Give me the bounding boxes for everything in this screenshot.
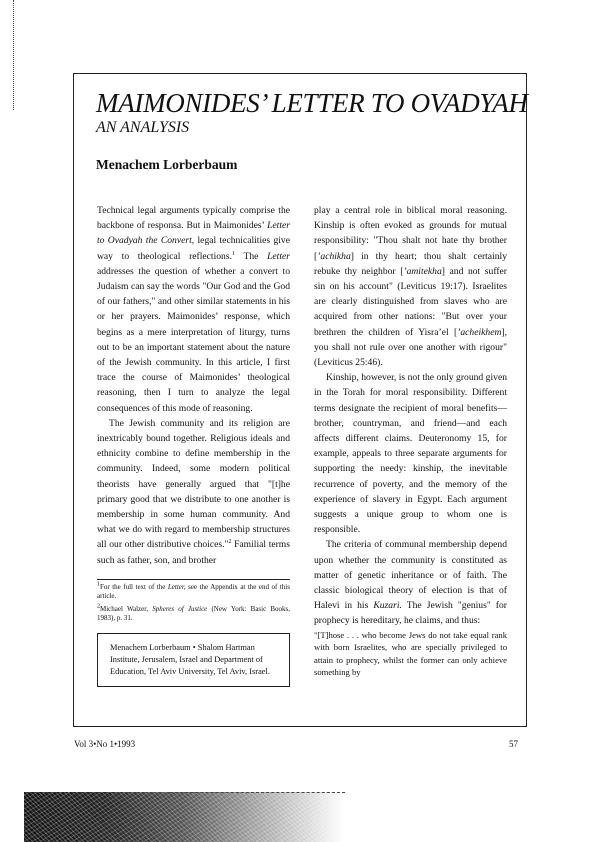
block-quote-halevi: "[T]hose . . . who become Jews do not ta…: [314, 629, 507, 679]
scan-line-artifact: [170, 792, 345, 793]
paragraph-kinship: play a central role in biblical moral re…: [314, 203, 507, 370]
page-number: 57: [509, 739, 518, 749]
footnote-2: 2Michael Walzer, Spheres of Justice (New…: [97, 605, 290, 624]
right-column: play a central role in biblical moral re…: [314, 203, 507, 679]
paragraph-community: The Jewish community and its religion ar…: [97, 416, 290, 568]
scan-noise-artifact: [24, 792, 344, 842]
footnote-divider: [97, 579, 290, 580]
journal-issue: Vol 3•No 1•1993: [74, 739, 135, 749]
author-bio-box: Menachem Lorberbaum • Shalom Hartman Ins…: [97, 633, 290, 687]
article-author: Menachem Lorberbaum: [96, 157, 237, 173]
paragraph-intro: Technical legal arguments typically comp…: [97, 203, 290, 416]
article-subtitle: AN ANALYSIS: [96, 119, 189, 137]
paragraph-membership-criteria: The criteria of communal membership depe…: [314, 537, 507, 628]
paragraph-torah-grounds: Kinship, however, is not the only ground…: [314, 370, 507, 537]
article-title: MAIMONIDES’ LETTER TO OVADYAH: [96, 88, 528, 119]
footnote-1: 1For the full text of the Letter, see th…: [97, 583, 290, 602]
scan-edge-artifact: [13, 0, 15, 110]
left-column: Technical legal arguments typically comp…: [97, 203, 290, 687]
